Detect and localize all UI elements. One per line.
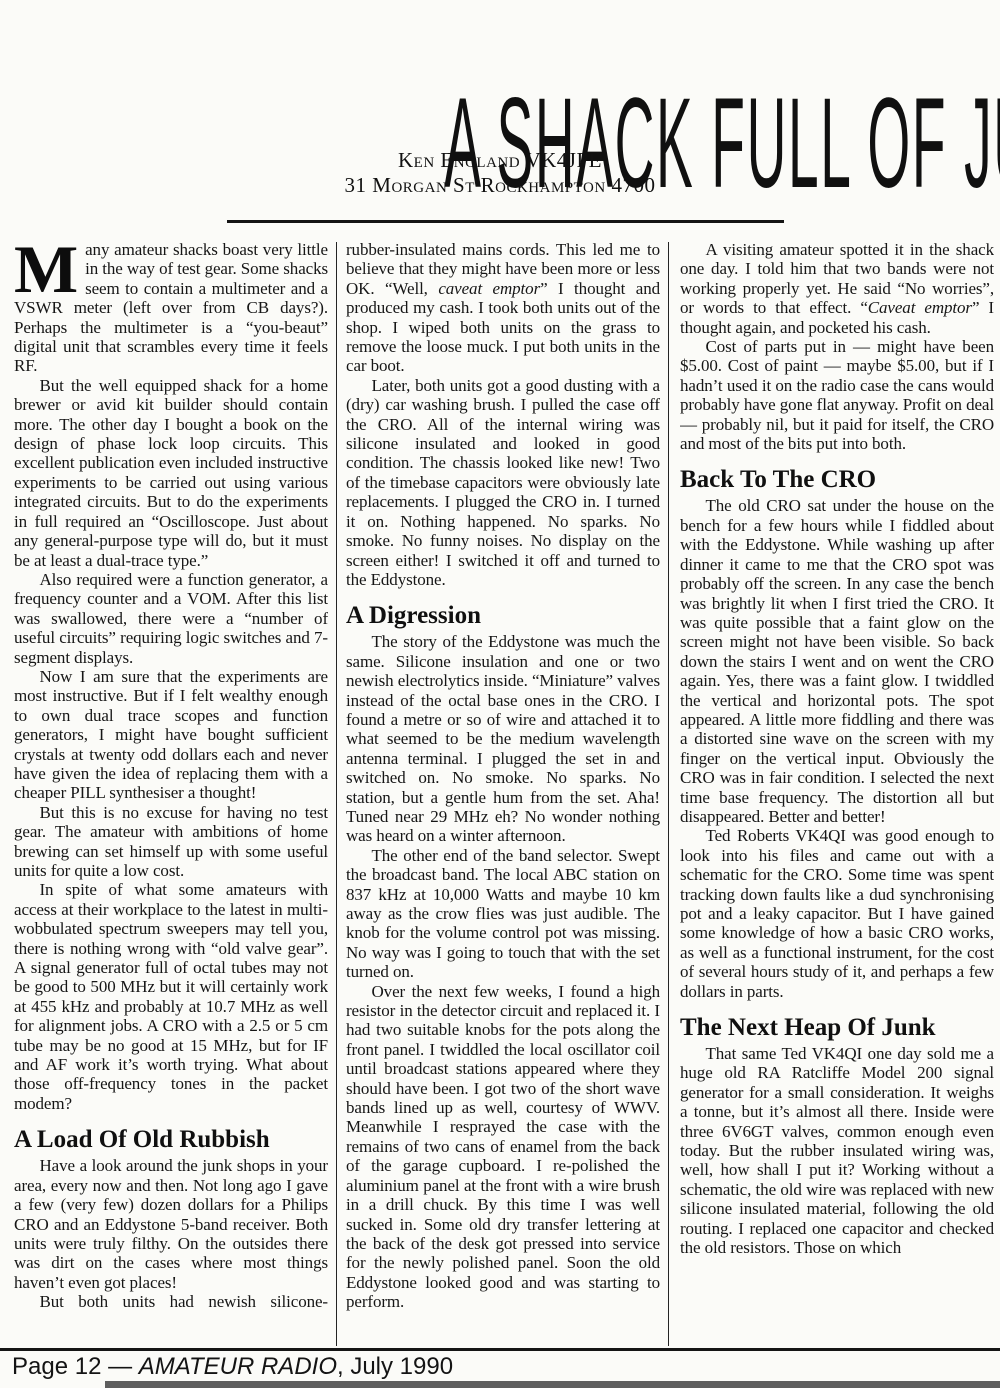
paragraph: In spite of what some amateurs with acce… xyxy=(14,880,328,1113)
footer-rule xyxy=(0,1348,1000,1351)
paragraph: A visiting amateur spotted it in the sha… xyxy=(680,240,994,337)
article-column-1: Many amateur shacks boast very little in… xyxy=(14,240,328,1348)
author-byline: Ken England VK4JPE xyxy=(0,148,1000,173)
text-segment: In spite of what some amateurs with acce… xyxy=(14,880,328,1112)
paragraph: The story of the Eddystone was much the … xyxy=(346,632,660,845)
paragraph: The old CRO sat under the house on the b… xyxy=(680,496,994,826)
article-column-3: A visiting amateur spotted it in the sha… xyxy=(680,240,994,1348)
section-heading: A Load Of Old Rubbish xyxy=(14,1126,328,1153)
paragraph: Cost of parts put in — might have been $… xyxy=(680,337,994,453)
paragraph: Have a look around the junk shops in you… xyxy=(14,1156,328,1292)
footer-date: , July 1990 xyxy=(337,1353,453,1380)
footer-page-label: Page 12 — xyxy=(12,1353,139,1380)
paragraph: Also required were a function generator,… xyxy=(14,570,328,667)
magazine-page: A SHACK FULL OF JUNK Ken England VK4JPE … xyxy=(0,0,1000,1388)
section-heading: Back To The CRO xyxy=(680,466,994,493)
page-footer: Page 12 — AMATEUR RADIO, July 1990 xyxy=(12,1353,988,1381)
text-segment: Later, both units got a good dusting wit… xyxy=(346,376,660,589)
paragraph: But this is no excuse for having no test… xyxy=(14,803,328,881)
masthead-rule xyxy=(227,220,784,223)
paragraph: The other end of the band selector. Swep… xyxy=(346,846,660,982)
paragraph: But both units had newish silicone- xyxy=(14,1292,328,1311)
section-heading: A Digression xyxy=(346,602,660,629)
text-segment: But both units had newish silicone- xyxy=(40,1292,329,1311)
paragraph: rubber-insulated mains cords. This led m… xyxy=(346,240,660,376)
text-segment: That same Ted VK4QI one day sold me a hu… xyxy=(680,1044,994,1257)
drop-cap: M xyxy=(14,240,85,296)
section-heading: The Next Heap Of Junk xyxy=(680,1014,994,1041)
italic-phrase: Caveat emptor xyxy=(868,298,972,317)
italic-phrase: caveat emptor xyxy=(438,279,540,298)
author-address: 31 Morgan St Rockhampton 4700 xyxy=(0,173,1000,198)
paragraph: But the well equipped shack for a home b… xyxy=(14,376,328,570)
text-segment: Also required were a function generator,… xyxy=(14,570,328,667)
text-segment: But this is no excuse for having no test… xyxy=(14,803,328,880)
scan-edge-artifact xyxy=(105,1381,1000,1388)
paragraph: Many amateur shacks boast very little in… xyxy=(14,240,328,376)
column-divider-1 xyxy=(336,242,337,1346)
paragraph: Over the next few weeks, I found a high … xyxy=(346,982,660,1312)
text-segment: But the well equipped shack for a home b… xyxy=(14,376,328,570)
text-segment: The old CRO sat under the house on the b… xyxy=(680,496,994,826)
paragraph: Now I am sure that the experiments are m… xyxy=(14,667,328,803)
text-segment: The story of the Eddystone was much the … xyxy=(346,632,660,845)
text-segment: Cost of parts put in — might have been $… xyxy=(680,337,994,453)
text-segment: Over the next few weeks, I found a high … xyxy=(346,982,660,1312)
text-segment: Ted Roberts VK4QI was good enough to loo… xyxy=(680,826,994,1000)
paragraph: Later, both units got a good dusting wit… xyxy=(346,376,660,589)
article-column-2: rubber-insulated mains cords. This led m… xyxy=(346,240,660,1348)
footer-magazine-name: AMATEUR RADIO xyxy=(139,1353,337,1380)
text-segment: Now I am sure that the experiments are m… xyxy=(14,667,328,802)
paragraph: That same Ted VK4QI one day sold me a hu… xyxy=(680,1044,994,1257)
paragraph: Ted Roberts VK4QI was good enough to loo… xyxy=(680,826,994,1001)
text-segment: The other end of the band selector. Swep… xyxy=(346,846,660,981)
text-segment: Have a look around the junk shops in you… xyxy=(14,1156,328,1291)
column-divider-2 xyxy=(668,242,669,1346)
